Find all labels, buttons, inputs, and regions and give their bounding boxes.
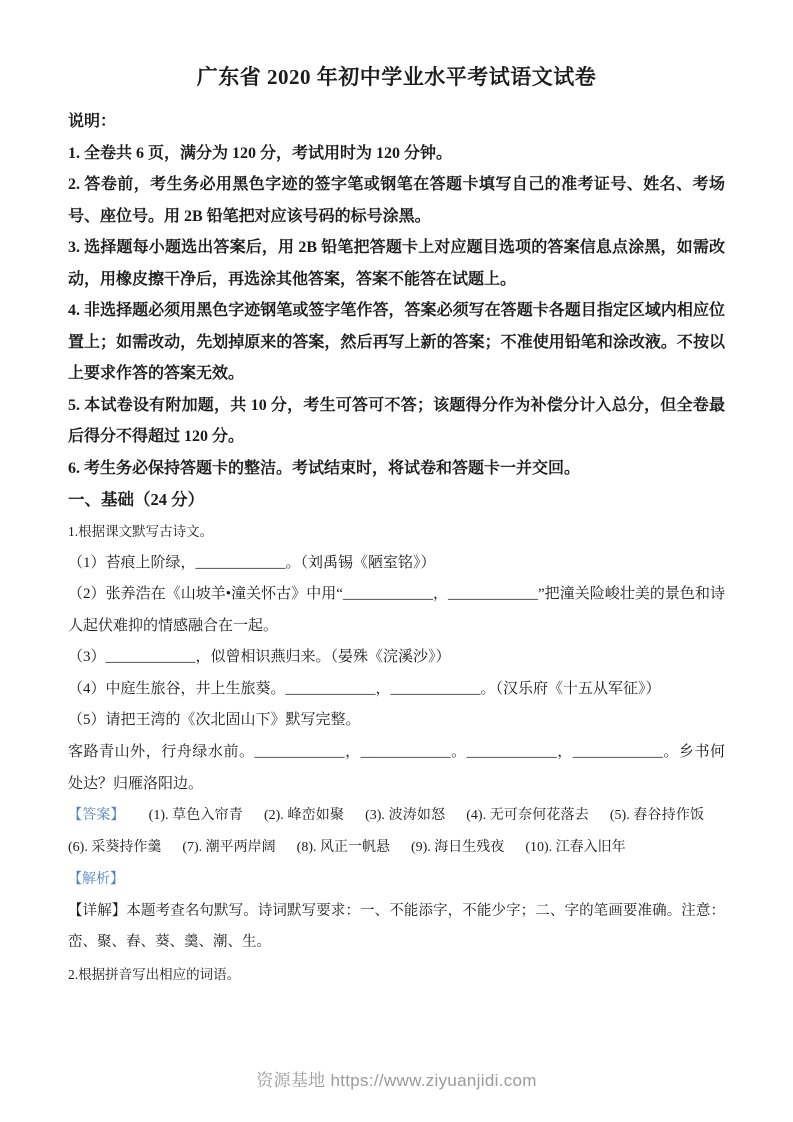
answer-item-8: (8). 风正一帆悬 bbox=[297, 840, 390, 855]
notice-item-4: 4. 非选择题必须用黑色字迹钢笔或签字笔作答，答案必须写在答题卡各题目指定区域内… bbox=[68, 295, 725, 390]
answer-item-2: (2). 峰峦如聚 bbox=[264, 808, 344, 823]
answer-item-5: (5). 舂谷持作饭 bbox=[610, 808, 704, 823]
answer-item-7: (7). 潮平两岸阔 bbox=[182, 840, 275, 855]
question-1-line-5: （5）请把王湾的《次北固山下》默写完整。 bbox=[68, 705, 725, 737]
question-1-line-3: （3）____________，似曾相识燕归来。（晏殊《浣溪沙》） bbox=[68, 642, 725, 674]
watermark-footer: 资源基地 https://www.ziyuanjidi.com bbox=[0, 1066, 793, 1091]
answer-item-3: (3). 波涛如怒 bbox=[365, 808, 445, 823]
answer-item-1: (1). 草色入帘青 bbox=[149, 808, 243, 823]
question-1-line-4: （4）中庭生旅谷，井上生旅葵。____________，____________… bbox=[68, 674, 725, 706]
answer-item-4: (4). 无可奈何花落去 bbox=[466, 808, 589, 823]
answer-item-6: (6). 采葵持作羹 bbox=[68, 840, 161, 855]
section-heading-basics: 一、基础（24 分） bbox=[68, 484, 725, 516]
notice-item-2: 2. 答卷前，考生务必用黑色字迹的签字笔或钢笔在答题卡填写自己的准考证号、姓名、… bbox=[68, 169, 725, 232]
notice-item-6: 6. 考生务必保持答题卡的整洁。考试结束时，将试卷和答题卡一并交回。 bbox=[68, 453, 725, 485]
answer-block: 【答案】(1). 草色入帘青(2). 峰峦如聚(3). 波涛如怒(4). 无可奈… bbox=[68, 800, 725, 864]
answer-item-10: (10). 江春入旧年 bbox=[525, 840, 625, 855]
page-title: 广东省 2020 年初中学业水平考试语文试卷 bbox=[68, 62, 725, 92]
question-1-line-2: （2）张养浩在《山坡羊•潼关怀古》中用“____________，_______… bbox=[68, 579, 725, 642]
question-1-stem: 1.根据课文默写古诗文。 bbox=[68, 516, 725, 548]
notice-item-3: 3. 选择题每小题选出答案后，用 2B 铅笔把答题卡上对应题目选项的答案信息点涂… bbox=[68, 232, 725, 295]
answer-item-9: (9). 海日生残夜 bbox=[411, 840, 504, 855]
exam-paper-page: 广东省 2020 年初中学业水平考试语文试卷 说明： 1. 全卷共 6 页，满分… bbox=[0, 0, 793, 1122]
question-1-line-1: （1）苔痕上阶绿，____________。（刘禹锡《陋室铭》） bbox=[68, 548, 725, 580]
notice-item-5: 5. 本试卷设有附加题，共 10 分，考生可答可不答；该题得分作为补偿分计入总分… bbox=[68, 390, 725, 453]
notice-heading: 说明： bbox=[68, 106, 725, 138]
answer-label: 【答案】 bbox=[68, 808, 125, 823]
analysis-label-line: 【解析】 bbox=[68, 864, 725, 896]
analysis-label: 【解析】 bbox=[68, 872, 124, 887]
analysis-detail: 【详解】本题考查名句默写。诗词默写要求：一、不能添字，不能少字；二、字的笔画要准… bbox=[68, 896, 725, 959]
question-1-line-6: 客路青山外，行舟绿水前。____________，____________。__… bbox=[68, 737, 725, 800]
notice-item-1: 1. 全卷共 6 页，满分为 120 分，考试用时为 120 分钟。 bbox=[68, 138, 725, 170]
question-2-stem: 2.根据拼音写出相应的词语。 bbox=[68, 959, 725, 991]
